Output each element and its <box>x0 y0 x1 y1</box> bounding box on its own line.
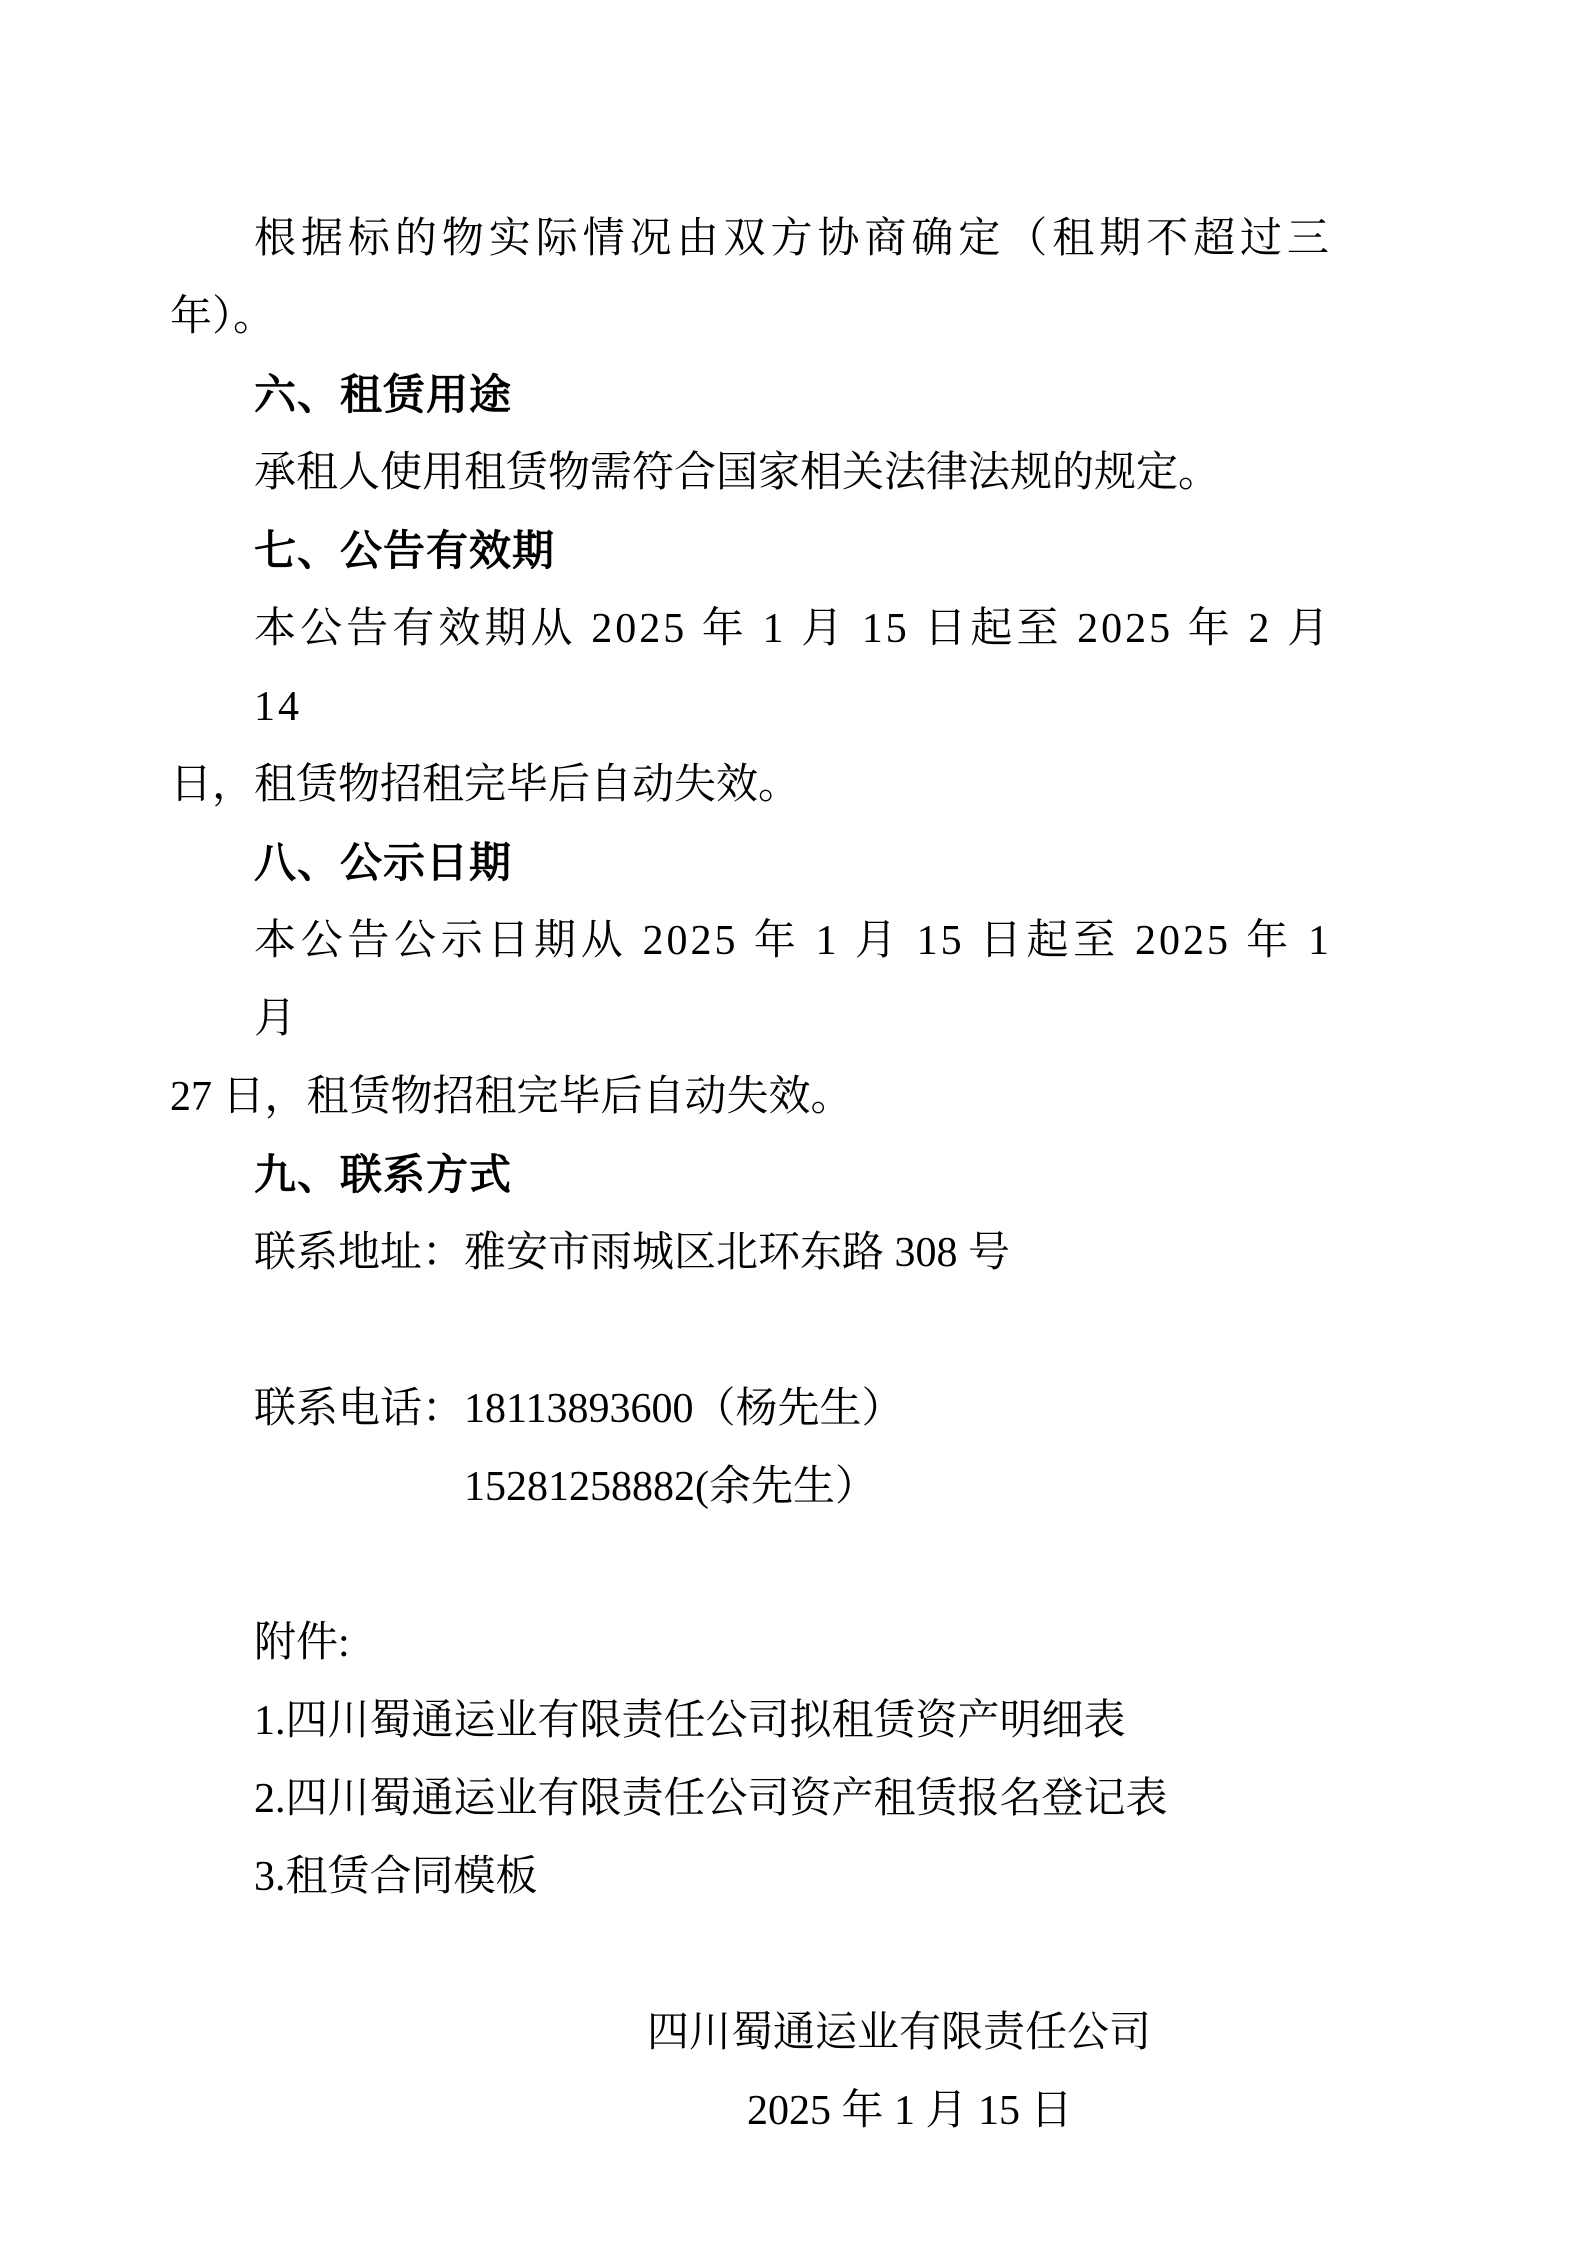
signature-date: 2025 年 1 月 15 日 <box>170 2072 1332 2150</box>
document-page: 根据标的物实际情况由双方协商确定（租期不超过三 年）。 六、租赁用途 承租人使用… <box>0 0 1587 2245</box>
line-attachment-3: 3.租赁合同模板 <box>170 1838 1332 1916</box>
line-lease-term-2: 年）。 <box>170 278 1332 356</box>
heading-section-8-publicity-date: 八、公示日期 <box>170 824 1332 902</box>
blank-line <box>170 1292 1332 1370</box>
line-attachments-title: 附件: <box>170 1604 1332 1682</box>
signature-company: 四川蜀通运业有限责任公司 <box>170 1994 1332 2072</box>
line-lease-term-1: 根据标的物实际情况由双方协商确定（租期不超过三 <box>170 200 1332 278</box>
line-attachment-1: 1.四川蜀通运业有限责任公司拟租赁资产明细表 <box>170 1682 1332 1760</box>
line-validity-1: 本公告有效期从 2025 年 1 月 15 日起至 2025 年 2 月 14 <box>170 590 1332 746</box>
line-publicity-2: 27 日，租赁物招租完毕后自动失效。 <box>170 1058 1332 1136</box>
blank-line <box>170 1916 1332 1994</box>
line-contact-phone-2: 15281258882(余先生） <box>170 1448 1332 1526</box>
line-contact-address: 联系地址：雅安市雨城区北环东路 308 号 <box>170 1214 1332 1292</box>
line-contact-phone-1: 联系电话：18113893600（杨先生） <box>170 1370 1332 1448</box>
line-publicity-1: 本公告公示日期从 2025 年 1 月 15 日起至 2025 年 1 月 <box>170 902 1332 1058</box>
line-attachment-2: 2.四川蜀通运业有限责任公司资产租赁报名登记表 <box>170 1760 1332 1838</box>
heading-section-6-lease-purpose: 六、租赁用途 <box>170 356 1332 434</box>
line-validity-2: 日，租赁物招租完毕后自动失效。 <box>170 746 1332 824</box>
heading-section-9-contact-info: 九、联系方式 <box>170 1136 1332 1214</box>
line-lease-purpose: 承租人使用租赁物需符合国家相关法律法规的规定。 <box>170 434 1332 512</box>
heading-section-7-validity-period: 七、公告有效期 <box>170 512 1332 590</box>
blank-line <box>170 1526 1332 1604</box>
